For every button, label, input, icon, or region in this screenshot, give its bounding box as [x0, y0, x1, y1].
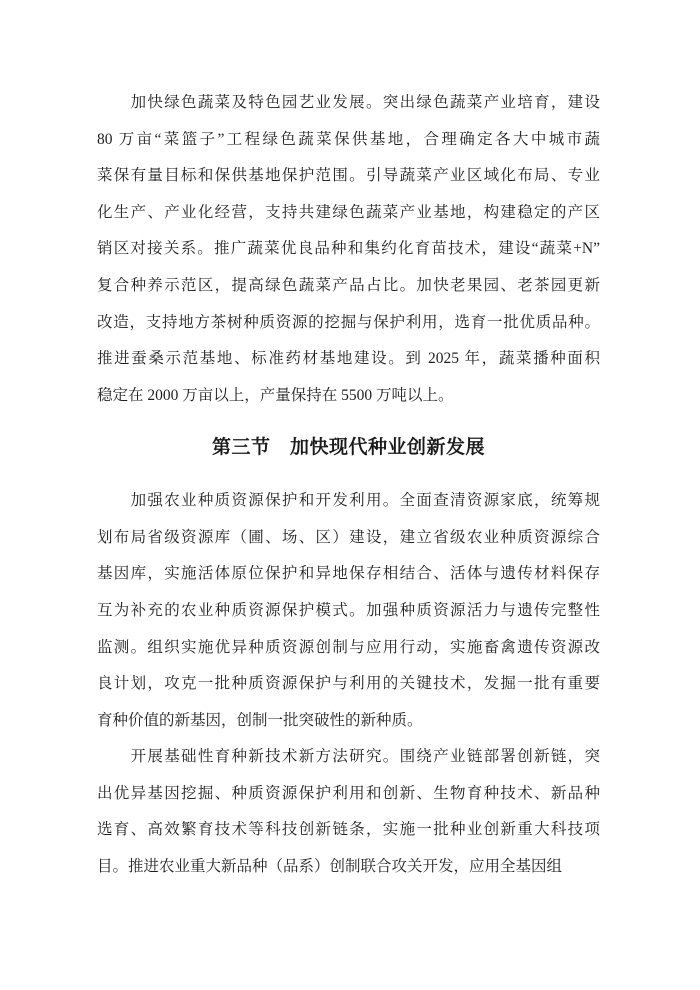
text-line: 推进蚕桑示范基地、标准药材基地建设。到 2025 年，蔬菜播种面积: [97, 341, 600, 378]
text-line: 划布局省级资源库（圃、场、区）建设，建立省级农业种质资源综合: [97, 520, 600, 557]
text-line: 复合种养示范区，提高绿色蔬菜产品占比。加快老果园、老茶园更新: [97, 268, 600, 305]
text-line: 加快绿色蔬菜及特色园艺业发展。突出绿色蔬菜产业培育，建设: [97, 85, 600, 122]
text-line: 销区对接关系。推广蔬菜优良品种和集约化育苗技术，建设“蔬菜+N”: [97, 231, 600, 268]
paragraph-germplasm-protection: 加强农业种质资源保护和开发利用。全面查清资源家底，统筹规划布局省级资源库（圃、场…: [97, 483, 600, 739]
paragraph-green-vegetables: 加快绿色蔬菜及特色园艺业发展。突出绿色蔬菜产业培育，建设80 万亩“菜篮子”工程…: [97, 85, 600, 414]
document-page: 加快绿色蔬菜及特色园艺业发展。突出绿色蔬菜产业培育，建设80 万亩“菜篮子”工程…: [0, 0, 700, 990]
text-line: 目。推进农业重大新品种（品系）创制联合攻关开发，应用全基因组: [97, 849, 600, 886]
text-line: 加强农业种质资源保护和开发利用。全面查清资源家底，统筹规: [97, 483, 600, 520]
paragraph-breeding-research: 开展基础性育种新技术新方法研究。围绕产业链部署创新链，突出优异基因挖掘、种质资源…: [97, 739, 600, 885]
text-line: 化生产、产业化经营，支持共建绿色蔬菜产业基地，构建稳定的产区: [97, 195, 600, 232]
text-line: 开展基础性育种新技术新方法研究。围绕产业链部署创新链，突: [97, 739, 600, 776]
text-line: 育种价值的新基因，创制一批突破性的新种质。: [97, 703, 600, 740]
text-line: 选育、高效繁育技术等科技创新链条，实施一批种业创新重大科技项: [97, 812, 600, 849]
text-line: 稳定在 2000 万亩以上，产量保持在 5500 万吨以上。: [97, 378, 600, 415]
text-line: 监测。组织实施优异种质资源创制与应用行动，实施畜禽遗传资源改: [97, 630, 600, 667]
section-heading: 第三节 加快现代种业创新发展: [97, 414, 600, 483]
text-line: 良计划，攻克一批种质资源保护与利用的关键技术，发掘一批有重要: [97, 666, 600, 703]
text-line: 菜保有量目标和保供基地保护范围。引导蔬菜产业区域化布局、专业: [97, 158, 600, 195]
text-line: 互为补充的农业种质资源保护模式。加强种质资源活力与遗传完整性: [97, 593, 600, 630]
text-line: 基因库，实施活体原位保护和异地保存相结合、活体与遗传材料保存: [97, 556, 600, 593]
text-line: 出优异基因挖掘、种质资源保护利用和创新、生物育种技术、新品种: [97, 776, 600, 813]
text-line: 改造，支持地方茶树种质资源的挖掘与保护利用，选育一批优质品种。: [97, 305, 600, 342]
text-line: 80 万亩“菜篮子”工程绿色蔬菜保供基地，合理确定各大中城市蔬: [97, 122, 600, 159]
document-content: 加快绿色蔬菜及特色园艺业发展。突出绿色蔬菜产业培育，建设80 万亩“菜篮子”工程…: [97, 85, 600, 886]
